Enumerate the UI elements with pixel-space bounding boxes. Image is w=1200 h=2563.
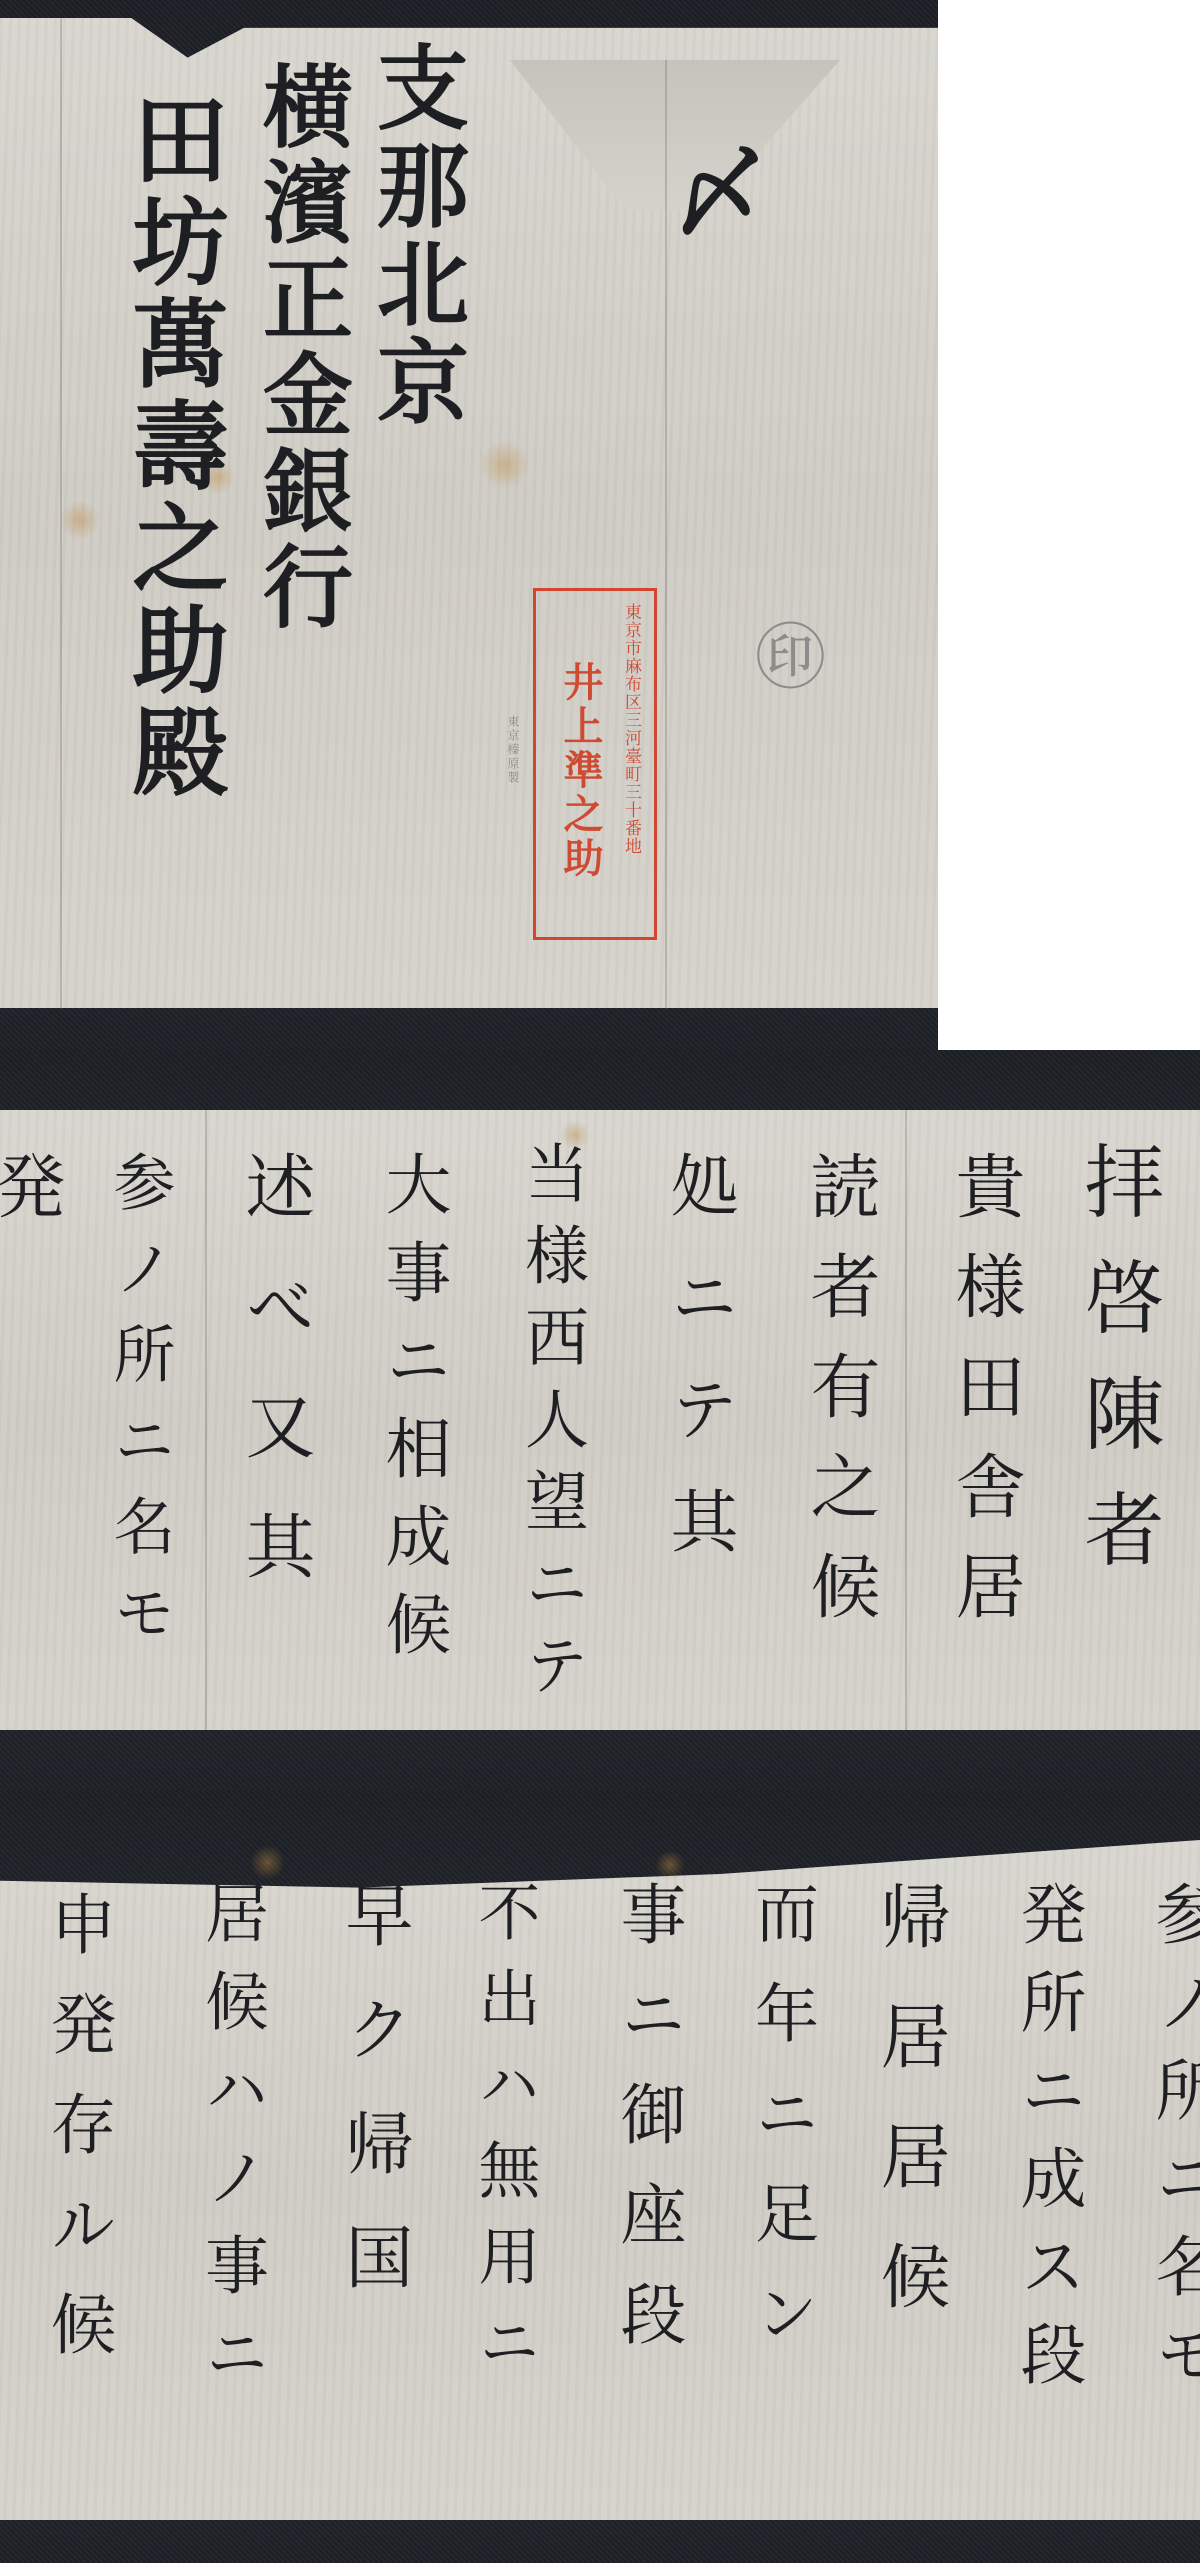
foxing-stain: [480, 440, 530, 490]
letter-column: 不出ハ無用ニ: [460, 1880, 549, 2396]
letter-column: 当様西人望ニテ: [505, 1140, 597, 1714]
letter-photo-1: 拝啓陳者 貴様田舎居 読者有之候 処ニテ其 当様西人望ニテ 大事ニ相成候 述べ又…: [0, 1050, 1200, 1790]
envelope-photo: 支那北京 横濱正金銀行 田坊萬壽之助殿 〆 東京市麻布区三河臺町三十番地 井上準…: [0, 0, 938, 1050]
foxing-stain: [60, 500, 100, 540]
sender-address: 東京市麻布区三河臺町三十番地: [619, 603, 644, 855]
letter-column: 参ノ所ニ名モ: [1135, 1880, 1200, 2408]
address-line-country-city: 支那北京: [350, 40, 482, 432]
letter-column: 帰居居候: [860, 1880, 961, 2360]
fold-seal-mark: 〆: [640, 140, 784, 246]
letter-column: 貴様田舎居: [935, 1150, 1036, 1650]
recipient-name: 田坊萬壽之助殿: [105, 90, 242, 804]
letter-column: 発所ニ成ス段: [1000, 1880, 1095, 2408]
printer-mark: 東京榛原製: [505, 715, 522, 785]
letter-column: 事ニ御座段: [600, 1880, 695, 2380]
letter-column: 発: [0, 1150, 76, 1226]
foxing-stain: [250, 1845, 285, 1880]
letter-column: 読者有之候: [790, 1150, 891, 1650]
fold-line: [205, 1110, 207, 1730]
letter-column: 而年ニ足ン: [735, 1880, 827, 2380]
pencil-note: ㊞: [735, 620, 836, 696]
letter-column: 大事ニ相成候: [365, 1150, 460, 1678]
address-line-bank: 横濱正金銀行: [235, 60, 365, 636]
letter-column: 処ニテ其: [650, 1150, 747, 1598]
fold-line: [905, 1110, 907, 1730]
letter-column: 居候ハノ事ニ: [185, 1880, 277, 2408]
sender-stamp: 東京市麻布区三河臺町三十番地 井上準之助: [533, 588, 657, 940]
letter-column: 申発存ル候: [30, 1890, 125, 2390]
letter-column: 参ノ所ニ名モ: [95, 1150, 184, 1666]
foxing-stain: [655, 1850, 685, 1880]
letter-column: 述べ又其: [225, 1150, 326, 1630]
sender-name: 井上準之助: [552, 661, 609, 881]
letter-column: 拝啓陳者: [1060, 1140, 1175, 1604]
letter-photo-2: 参ノ所ニ名モ 発所ニ成ス段 帰居居候 而年ニ足ン 事ニ御座段 不出ハ無用ニ 早ク…: [0, 1790, 1200, 2563]
letter-column: 早ク帰国: [325, 1880, 422, 2336]
